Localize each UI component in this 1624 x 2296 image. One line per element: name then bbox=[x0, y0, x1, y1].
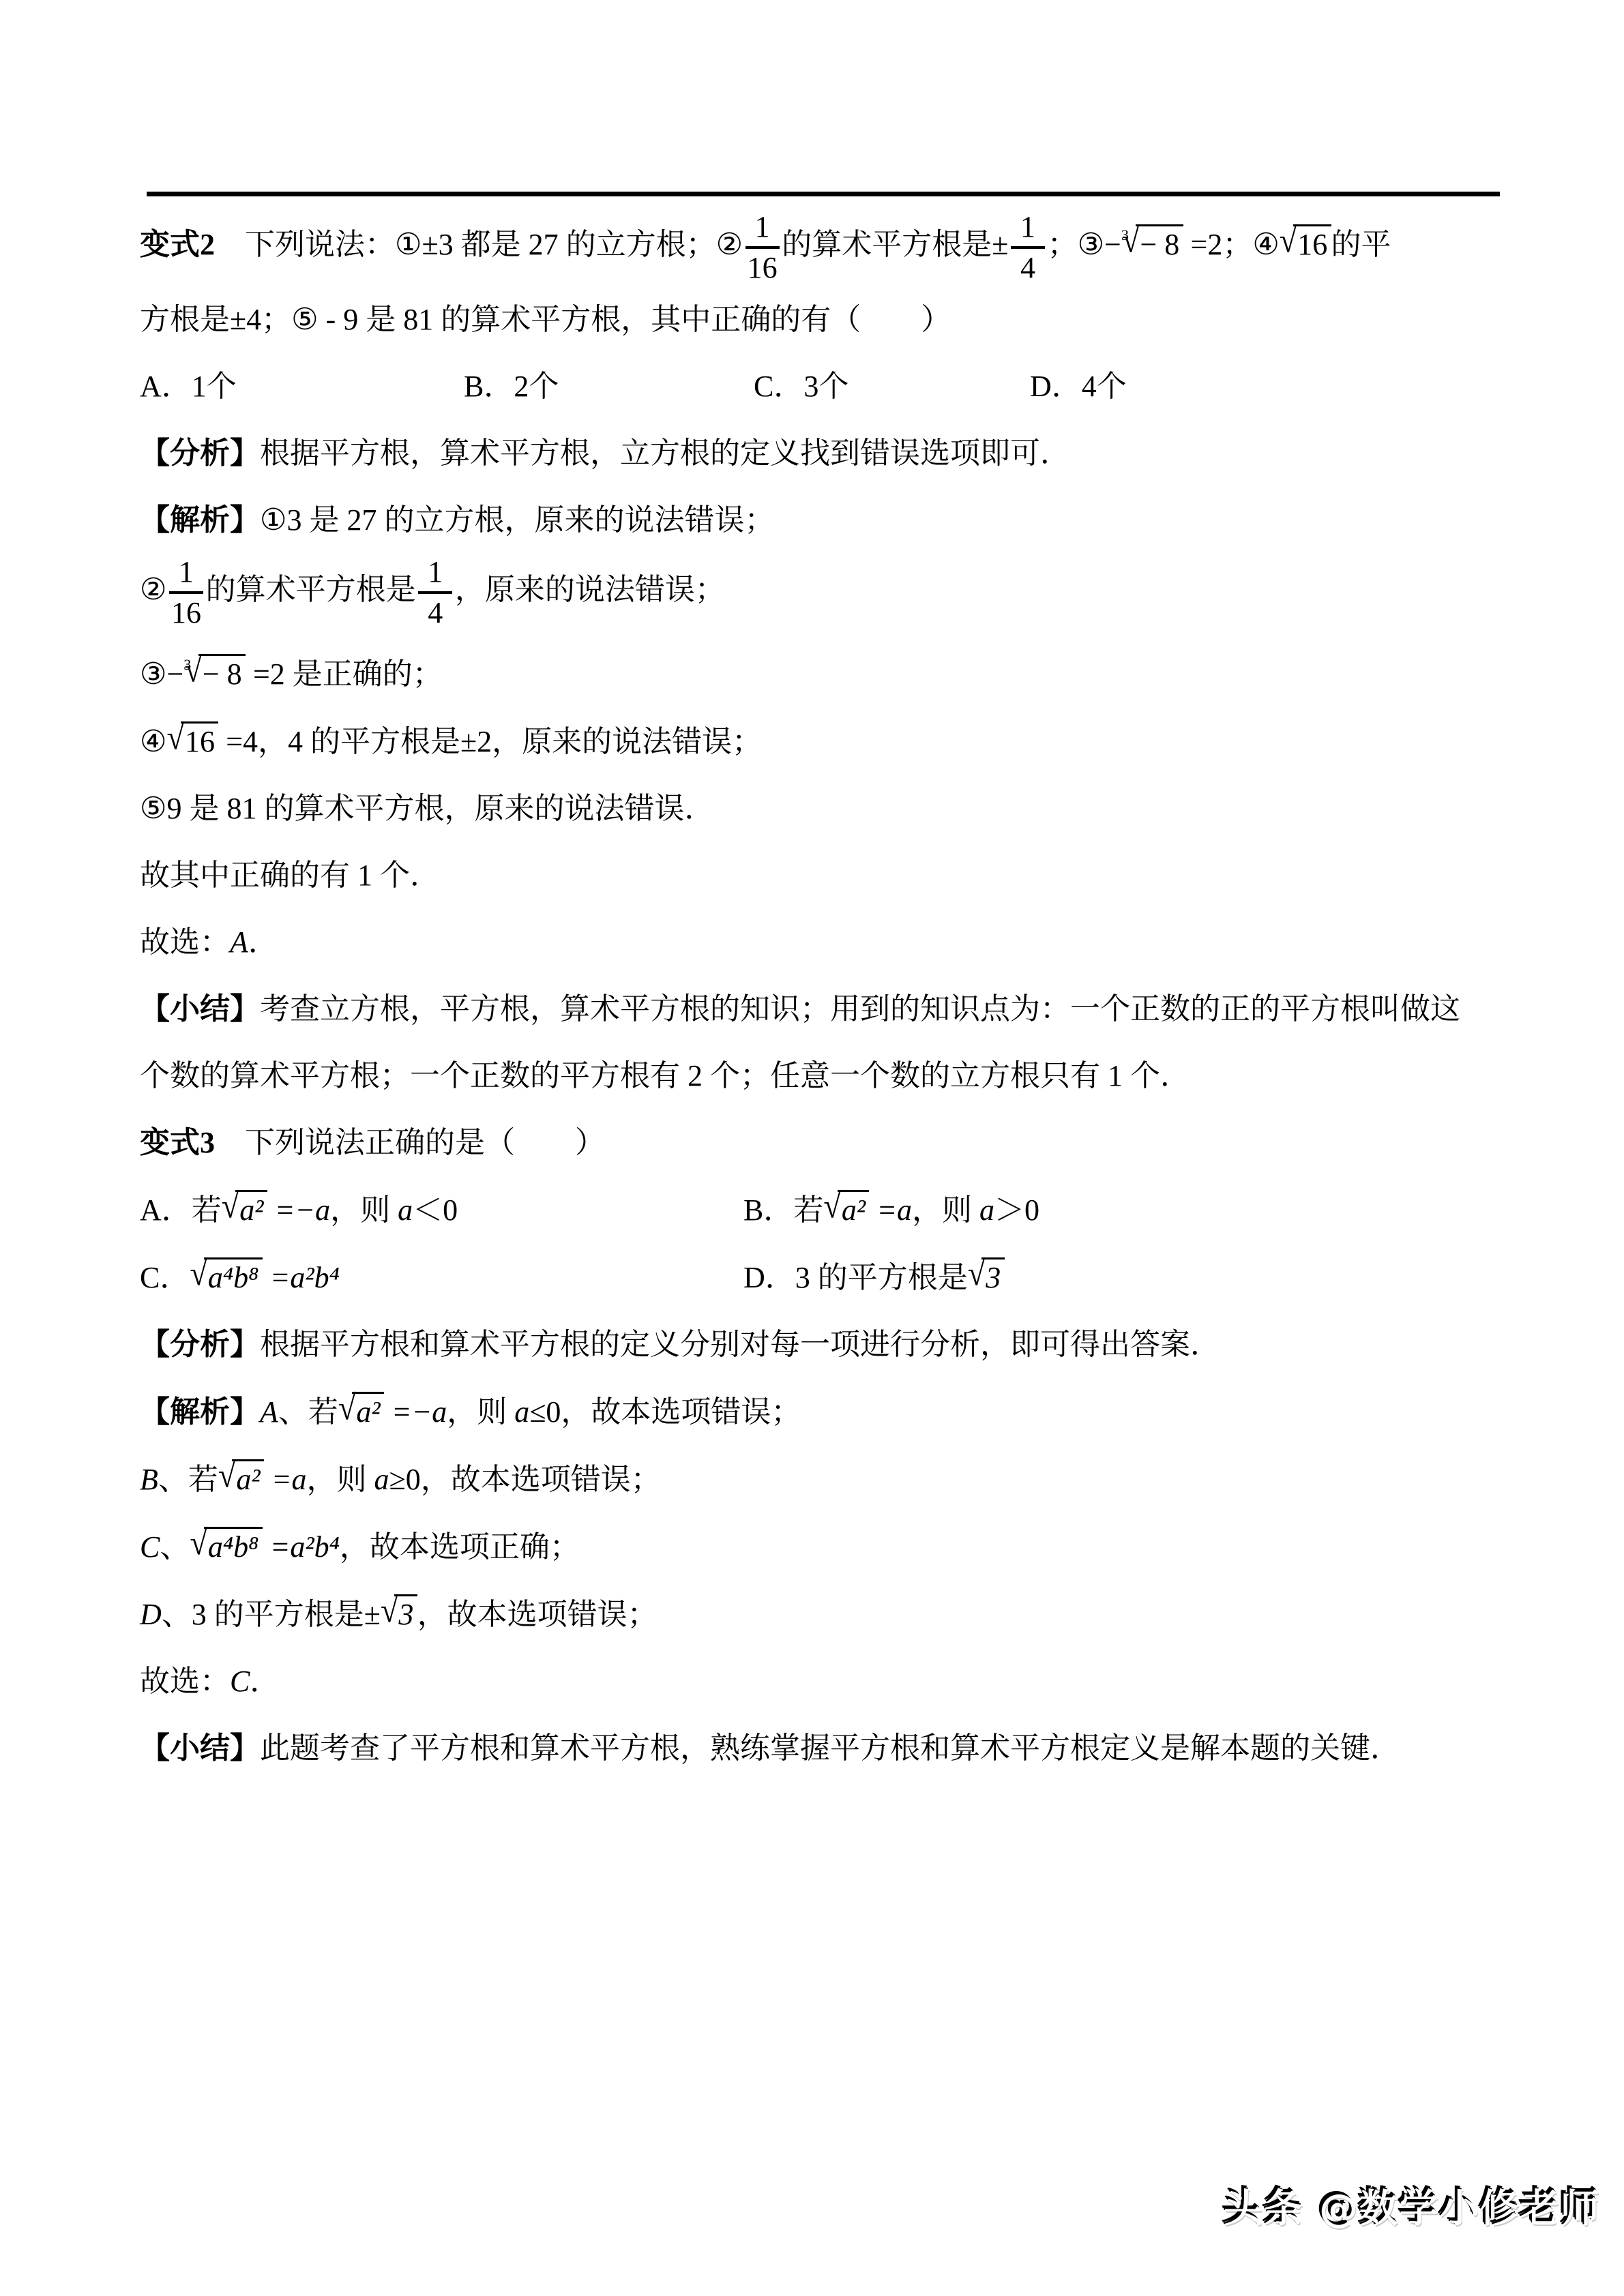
text-run: 、若 bbox=[158, 1463, 218, 1496]
square-root: √a² bbox=[338, 1395, 384, 1429]
math-run: =a bbox=[264, 1463, 307, 1496]
text-run: ② bbox=[140, 573, 166, 606]
text-run: ③− bbox=[140, 657, 183, 691]
text-run: B．若 bbox=[743, 1193, 823, 1227]
option-b: B．2个 bbox=[464, 353, 754, 420]
text-run: 故选： bbox=[140, 925, 230, 959]
analysis-tag: 【分析】 bbox=[140, 1328, 260, 1361]
text-run: 的算术平方根是 bbox=[206, 573, 416, 606]
text-run: ． bbox=[248, 925, 278, 959]
text-run: 的平 bbox=[1331, 228, 1391, 261]
square-root: √a² bbox=[222, 1193, 267, 1227]
radical-sign: √ bbox=[338, 1371, 356, 1445]
problem2-summary-line1: 【小结】考查立方根，平方根，算术平方根的知识；用到的知识点为：一个正数的正的平方… bbox=[140, 976, 1501, 1043]
text-run: 下列说法：①±3 都是 27 的立方根；② bbox=[215, 228, 743, 261]
problem2-options: A．1个B．2个C．3个D．4个 bbox=[140, 353, 1501, 420]
problem2-solution-step4: ④√16 =4，4 的平方根是±2，原来的说法错误； bbox=[140, 708, 1501, 775]
problem3-answer: 故选：C． bbox=[140, 1648, 1501, 1715]
fraction-numerator: 1 bbox=[1011, 209, 1045, 249]
math-run: =−a bbox=[384, 1395, 447, 1429]
problem2-summary-line2: 个数的算术平方根；一个正数的平方根有 2 个；任意一个数的立方根只有 1 个． bbox=[140, 1043, 1501, 1109]
problem3-options-row2: C．√a⁴b⁸ =a²b⁴D．3 的平方根是√3 bbox=[140, 1244, 1501, 1311]
square-root: √16 bbox=[166, 725, 218, 758]
radicand: a² bbox=[235, 1190, 267, 1229]
watermark: 头条 @数学小修老师 bbox=[1224, 2177, 1601, 2233]
option-letter: B bbox=[140, 1463, 158, 1496]
text-run: A．若 bbox=[140, 1193, 222, 1227]
cube-root: 3√− 8 bbox=[1121, 228, 1183, 261]
fraction-numerator: 1 bbox=[418, 554, 452, 594]
math-run: =a²b⁴ bbox=[263, 1530, 340, 1564]
answer-letter: A bbox=[230, 925, 248, 959]
option-d: D．3 的平方根是√3 bbox=[743, 1244, 1501, 1311]
problem3-label: 变式3 bbox=[140, 1126, 215, 1159]
problem3-options-row1: A．若√a² =−a，则 a＜0B．若√a² =a，则 a＞0 bbox=[140, 1176, 1501, 1244]
text-run: C． bbox=[140, 1261, 190, 1294]
radicand: − 8 bbox=[1136, 224, 1183, 263]
problem3-solution-d: D、3 的平方根是±√3，故本选项错误； bbox=[140, 1581, 1501, 1648]
problem2-statement-line1: 变式2 下列说法：①±3 都是 27 的立方根；②116的算术平方根是±14；③… bbox=[140, 202, 1501, 286]
answer-letter: C bbox=[230, 1665, 250, 1698]
text-run: =4，4 的平方根是±2，原来的说法错误； bbox=[218, 725, 762, 758]
option-letter: A bbox=[260, 1395, 278, 1429]
radical-sign: √ bbox=[381, 1574, 398, 1648]
radicand: a⁴b⁸ bbox=[204, 1527, 263, 1566]
square-root: √16 bbox=[1280, 228, 1331, 261]
text-run: ＜0 bbox=[413, 1193, 458, 1227]
fraction-1-4: 14 bbox=[1011, 209, 1045, 286]
option-letter: D bbox=[140, 1598, 162, 1631]
radical-sign: √ bbox=[166, 701, 184, 775]
problem3-solution-b: B、若√a² =a，则 a≥0，故本选项错误； bbox=[140, 1446, 1501, 1513]
text-run: ；③− bbox=[1048, 228, 1121, 261]
square-root: √3 bbox=[381, 1598, 417, 1631]
problem2-solution-step5: ⑤9 是 81 的算术平方根，原来的说法错误． bbox=[140, 775, 1501, 842]
math-run: a bbox=[514, 1395, 529, 1429]
math-run: a bbox=[398, 1193, 413, 1227]
text-run: ④ bbox=[140, 725, 166, 758]
fraction-numerator: 1 bbox=[745, 209, 780, 249]
text-run: 根据平方根，算术平方根，立方根的定义找到错误选项即可． bbox=[260, 436, 1070, 470]
text-run: 、 bbox=[160, 1530, 190, 1564]
radical-sign: √ bbox=[1280, 204, 1297, 278]
radical-sign: √ bbox=[1122, 204, 1140, 278]
text-run: ①3 是 27 的立方根，原来的说法错误； bbox=[260, 503, 774, 537]
problem2-solution-step2: ②116的算术平方根是14，原来的说法错误； bbox=[140, 554, 1501, 631]
text-run: 下列说法正确的是（ ） bbox=[215, 1126, 605, 1159]
radical-sign: √ bbox=[218, 1439, 236, 1512]
option-c: C．√a⁴b⁸ =a²b⁴ bbox=[140, 1244, 743, 1311]
square-root: √a² bbox=[218, 1463, 264, 1496]
problem3-solution-a: 【解析】A、若√a² =−a，则 a≤0，故本选项错误； bbox=[140, 1378, 1501, 1446]
fraction-1-16: 116 bbox=[169, 554, 203, 631]
option-letter: C bbox=[140, 1530, 160, 1564]
text-run: ＞0 bbox=[994, 1193, 1039, 1227]
text-run: ≥0，故本选项错误； bbox=[389, 1463, 661, 1496]
text-run: ，故本选项正确； bbox=[340, 1530, 580, 1564]
radicand: 16 bbox=[181, 721, 218, 760]
radical-sign: √ bbox=[222, 1169, 239, 1243]
radical-sign: √ bbox=[968, 1237, 986, 1311]
problem3-summary: 【小结】此题考查了平方根和算术平方根，熟练掌握平方根和算术平方根定义是解本题的关… bbox=[140, 1715, 1501, 1782]
fraction-denominator: 16 bbox=[169, 594, 203, 631]
radicand: a² bbox=[352, 1392, 384, 1431]
text-run: ，故本选项错误； bbox=[417, 1598, 658, 1631]
radical-sign: √ bbox=[190, 1237, 207, 1311]
radicand: a² bbox=[838, 1190, 870, 1229]
text-run: ． bbox=[250, 1665, 280, 1698]
text-run: ，则 bbox=[330, 1193, 398, 1227]
math-run: =a²b⁴ bbox=[263, 1261, 340, 1294]
problem3-solution-c: C、√a⁴b⁸ =a²b⁴，故本选项正确； bbox=[140, 1513, 1501, 1581]
radical-sign: √ bbox=[190, 1506, 207, 1580]
math-run: =−a bbox=[267, 1193, 330, 1227]
solution-tag: 【解析】 bbox=[140, 503, 260, 537]
problem2-statement-line2: 方根是±4；⑤ - 9 是 81 的算术平方根，其中正确的有（ ） bbox=[140, 286, 1501, 353]
text-run: D．3 的平方根是 bbox=[743, 1261, 968, 1294]
text-run: ，则 bbox=[912, 1193, 979, 1227]
text-run: 根据平方根和算术平方根的定义分别对每一项进行分析，即可得出答案． bbox=[260, 1328, 1220, 1361]
math-run: a bbox=[374, 1463, 389, 1496]
problem2-solution-step1: 【解析】①3 是 27 的立方根，原来的说法错误； bbox=[140, 487, 1501, 554]
text-run: 、3 的平方根是± bbox=[162, 1598, 381, 1631]
text-run: ，则 bbox=[307, 1463, 374, 1496]
radical-sign: √ bbox=[184, 633, 202, 707]
solution-tag: 【解析】 bbox=[140, 1395, 260, 1429]
content-area: 变式2 下列说法：①±3 都是 27 的立方根；②116的算术平方根是±14；③… bbox=[140, 0, 1501, 1782]
text-run: ，则 bbox=[447, 1395, 514, 1429]
text-run: 故选： bbox=[140, 1665, 230, 1698]
problem2-analysis: 【分析】根据平方根，算术平方根，立方根的定义找到错误选项即可． bbox=[140, 420, 1501, 487]
radicand: − 8 bbox=[198, 654, 246, 693]
option-a: A．1个 bbox=[140, 353, 464, 420]
problem2-solution-step3: ③−3√− 8 =2 是正确的； bbox=[140, 631, 1501, 708]
problem3-statement: 变式3 下列说法正确的是（ ） bbox=[140, 1109, 1501, 1176]
text-run: =2；④ bbox=[1183, 228, 1280, 261]
text-run: 考查立方根，平方根，算术平方根的知识；用到的知识点为：一个正数的正的平方根叫做这 bbox=[260, 992, 1460, 1026]
math-run: a bbox=[979, 1193, 994, 1227]
fraction-numerator: 1 bbox=[169, 554, 203, 594]
text-run: 此题考查了平方根和算术平方根，熟练掌握平方根和算术平方根定义是解本题的关键． bbox=[260, 1731, 1400, 1765]
problem2-conclusion: 故其中正确的有 1 个． bbox=[140, 842, 1501, 909]
text-run: 、若 bbox=[278, 1395, 338, 1429]
square-root: √a² bbox=[823, 1193, 869, 1227]
cube-root: 3√− 8 bbox=[183, 657, 246, 691]
square-root: √3 bbox=[968, 1261, 1005, 1294]
top-divider bbox=[147, 192, 1500, 196]
analysis-tag: 【分析】 bbox=[140, 436, 260, 470]
square-root: √a⁴b⁸ bbox=[190, 1530, 262, 1564]
option-b: B．若√a² =a，则 a＞0 bbox=[743, 1176, 1501, 1244]
summary-tag: 【小结】 bbox=[140, 1731, 260, 1765]
radicand: a⁴b⁸ bbox=[204, 1257, 263, 1296]
text-run: ≤0，故本选项错误； bbox=[529, 1395, 801, 1429]
radicand: 16 bbox=[1293, 224, 1331, 263]
fraction-denominator: 16 bbox=[745, 249, 780, 286]
problem3-analysis: 【分析】根据平方根和算术平方根的定义分别对每一项进行分析，即可得出答案． bbox=[140, 1311, 1501, 1378]
option-a: A．若√a² =−a，则 a＜0 bbox=[140, 1176, 743, 1244]
summary-tag: 【小结】 bbox=[140, 992, 260, 1026]
text-run: =2 是正确的； bbox=[246, 657, 443, 691]
math-run: =a bbox=[869, 1193, 912, 1227]
fraction-1-4: 14 bbox=[418, 554, 452, 631]
square-root: √a⁴b⁸ bbox=[190, 1261, 262, 1294]
fraction-denominator: 4 bbox=[418, 594, 452, 631]
text-run: 的算术平方根是± bbox=[782, 228, 1008, 261]
radicand: a² bbox=[232, 1459, 264, 1498]
document-page: 变式2 下列说法：①±3 都是 27 的立方根；②116的算术平方根是±14；③… bbox=[0, 0, 1624, 2296]
fraction-denominator: 4 bbox=[1011, 249, 1045, 286]
option-c: C．3个 bbox=[754, 353, 1030, 420]
problem2-answer: 故选：A． bbox=[140, 909, 1501, 976]
problem2-label: 变式2 bbox=[140, 228, 215, 261]
radical-sign: √ bbox=[823, 1169, 841, 1243]
fraction-1-16: 116 bbox=[745, 209, 780, 286]
option-d: D．4个 bbox=[1030, 353, 1501, 420]
text-run: ，原来的说法错误； bbox=[455, 573, 725, 606]
